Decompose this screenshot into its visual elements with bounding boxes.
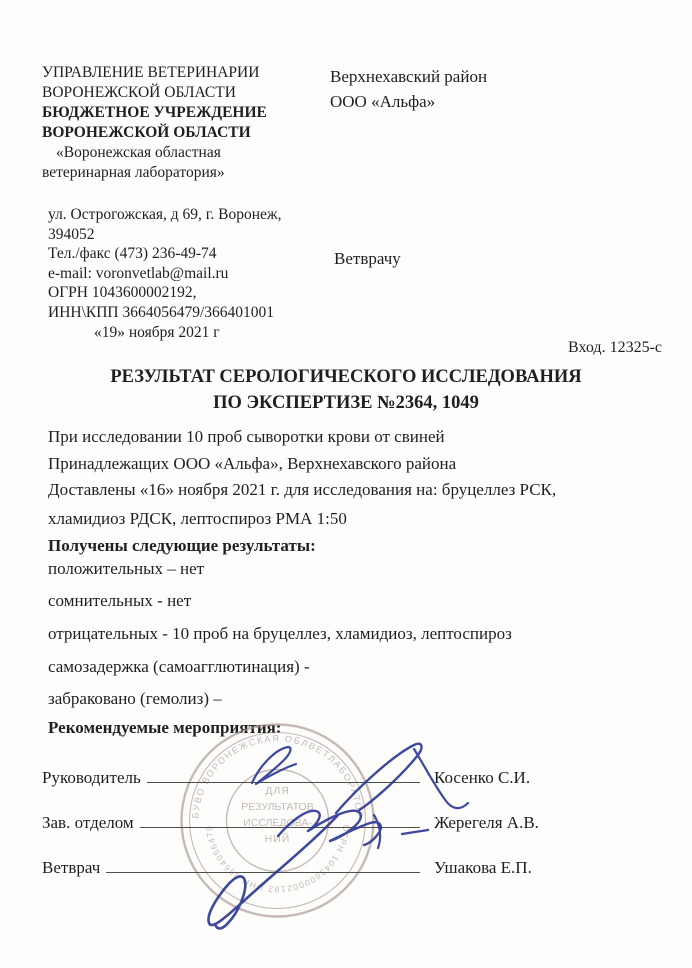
signature-role: Зав. отделом: [42, 813, 134, 833]
result-item: положительных – нет: [48, 559, 658, 579]
signature-stroke: [336, 744, 421, 813]
contact-address-line2: 394052: [48, 225, 282, 245]
signature-ink: [140, 723, 485, 938]
recipient-block: Верхнехавский район ООО «Альфа»: [330, 64, 487, 114]
result-item: самозадержка (самоагглютинация) -: [48, 657, 658, 677]
contact-email: e-mail: voronvetlab@mail.ru: [48, 264, 282, 284]
signature-role: Ветврач: [42, 858, 100, 878]
letterhead-line: «Воронежская областная: [42, 143, 342, 163]
document-title-line1: РЕЗУЛЬТАТ СЕРОЛОГИЧЕСКОГО ИССЛЕДОВАНИЯ: [0, 364, 692, 390]
result-item: забраковано (гемолиз) –: [48, 689, 658, 709]
letterhead-line: ветеринарная лаборатория»: [42, 163, 342, 183]
signature-stroke: [252, 747, 296, 784]
body-line: Доставлены «16» ноября 2021 г. для иссле…: [48, 477, 658, 504]
document-page: УПРАВЛЕНИЕ ВЕТЕРИНАРИИ ВОРОНЕЖСКОЙ ОБЛАС…: [0, 0, 692, 968]
letterhead-line-bold: ВОРОНЕЖСКОЙ ОБЛАСТИ: [42, 123, 342, 143]
letterhead-line: УПРАВЛЕНИЕ ВЕТЕРИНАРИИ: [42, 63, 342, 83]
signature-stroke: [402, 830, 428, 834]
letterhead-line: ВОРОНЕЖСКОЙ ОБЛАСТИ: [42, 83, 342, 103]
contact-address-line1: ул. Острогожская, д 69, г. Воронеж,: [48, 205, 282, 225]
signature-role: Руководитель: [42, 768, 141, 788]
contact-ogrn: ОГРН 1043600002192,: [48, 283, 282, 303]
letterhead: УПРАВЛЕНИЕ ВЕТЕРИНАРИИ ВОРОНЕЖСКОЙ ОБЛАС…: [42, 63, 342, 183]
contacts-block: ул. Острогожская, д 69, г. Воронеж, 3940…: [48, 205, 282, 342]
contact-inn-kpp: ИНН\КПП 3664056479/366401001: [48, 303, 282, 323]
signature-stroke: [208, 815, 338, 928]
document-date: «19» ноября 2021 г: [48, 323, 282, 343]
body-line: хламидиоз РДСК, лептоспироз РМА 1:50: [48, 509, 658, 529]
body-paragraph: При исследовании 10 проб сыворотки крови…: [48, 424, 658, 504]
recipient-organization: ООО «Альфа»: [330, 89, 487, 114]
body-line: При исследовании 10 проб сыворотки крови…: [48, 424, 658, 451]
document-title: РЕЗУЛЬТАТ СЕРОЛОГИЧЕСКОГО ИССЛЕДОВАНИЯ П…: [0, 364, 692, 416]
contact-phone: Тел./факс (473) 236-49-74: [48, 244, 282, 264]
results-heading: Получены следующие результаты:: [48, 536, 316, 556]
body-line: Принадлежащих ООО «Альфа», Верхнехавског…: [48, 451, 658, 478]
signature-stroke: [278, 811, 381, 845]
letterhead-line-bold: БЮДЖЕТНОЕ УЧРЕЖДЕНИЕ: [42, 103, 342, 123]
signature-stroke: [414, 749, 468, 808]
addressee: Ветврачу: [334, 249, 401, 269]
result-item: сомнительных - нет: [48, 591, 658, 611]
incoming-number: Вход. 12325-с: [568, 339, 662, 357]
result-item: отрицательных - 10 проб на бруцеллез, хл…: [48, 624, 658, 644]
document-title-line2: ПО ЭКСПЕРТИЗЕ №2364, 1049: [0, 390, 692, 416]
recipient-district: Верхнехавский район: [330, 64, 487, 89]
signature-stroke: [374, 815, 380, 848]
